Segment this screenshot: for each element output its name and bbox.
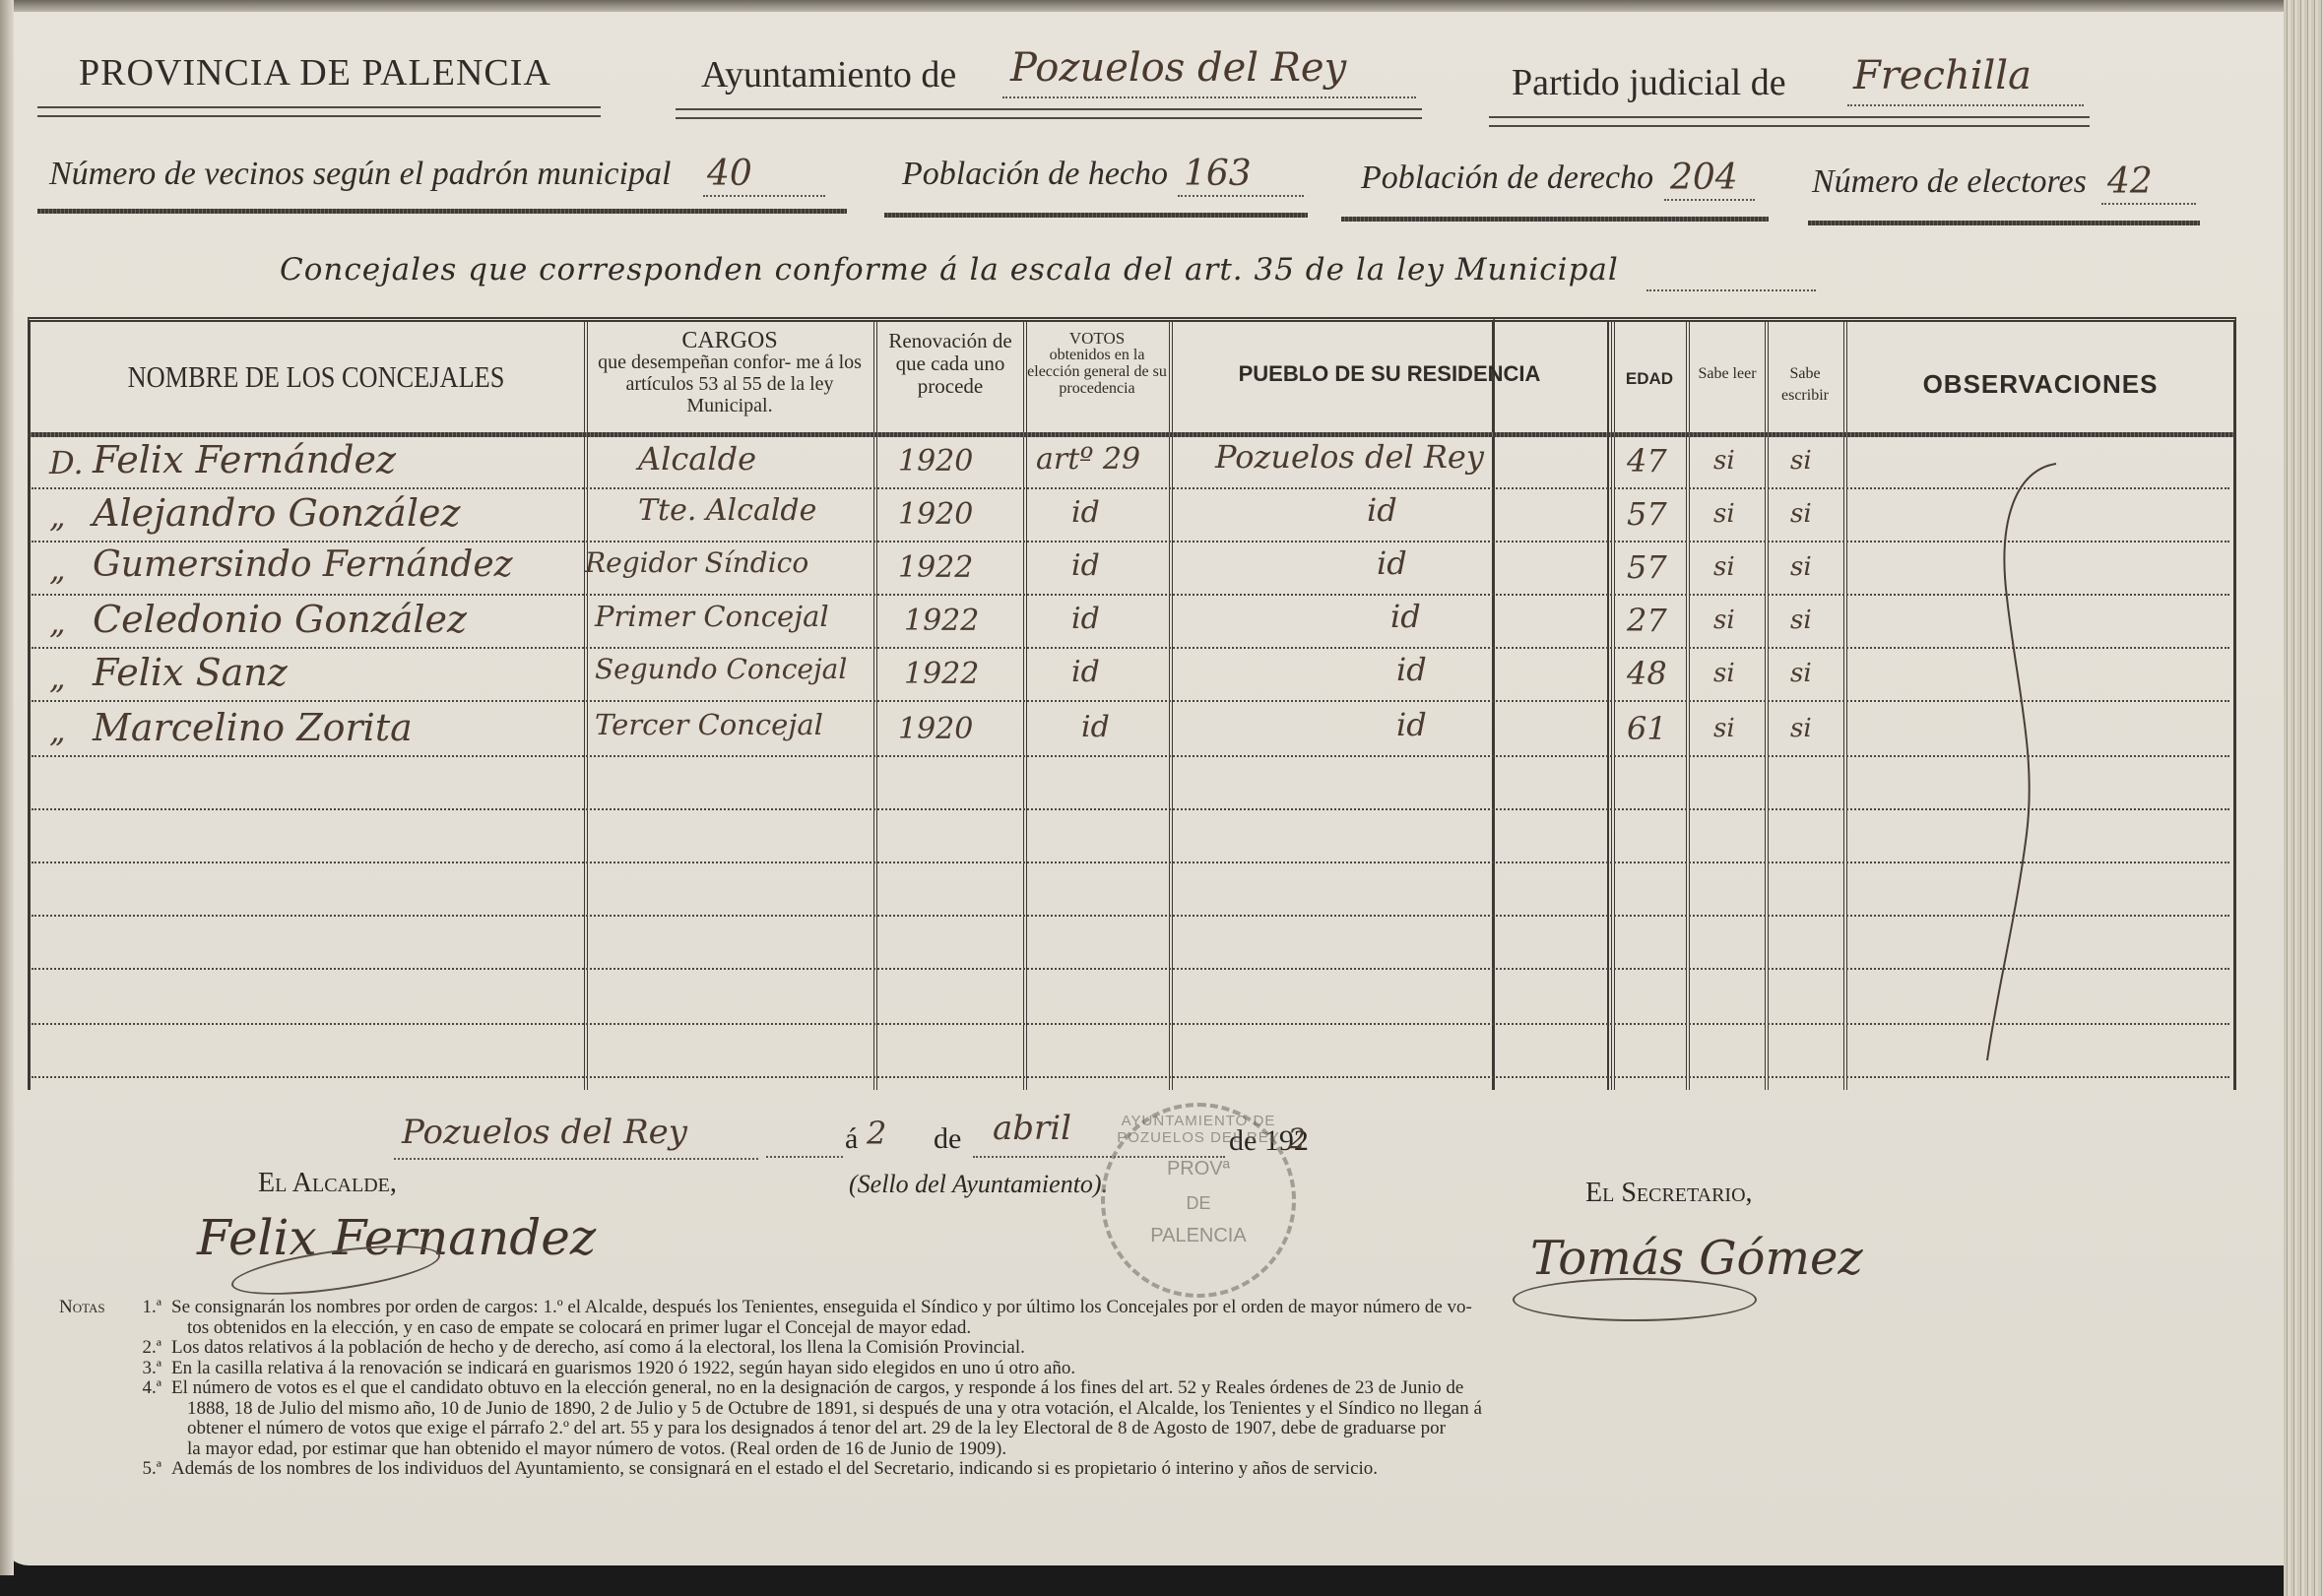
row-nombre: Alejandro González <box>93 491 461 535</box>
row-renovacion: 1922 <box>904 657 979 691</box>
header-rule <box>28 432 2233 437</box>
row-prefix: „ <box>49 550 66 588</box>
notes-label: Notas <box>59 1298 118 1318</box>
row-renovacion: 1920 <box>898 712 973 746</box>
table-frame: EDAD Sabe leer Sabe escribir OBSERVACION… <box>28 317 2236 1090</box>
column-divider <box>1686 322 1690 1090</box>
row-pueblo: id <box>1390 598 1421 635</box>
note-item: Notas 1.ª Se consignarán los nombres por… <box>59 1298 1497 1318</box>
row-prefix: D. <box>49 444 84 481</box>
stamp-ring-text: AYUNTAMIENTO DE POZUELOS DEL REY <box>1105 1113 1292 1146</box>
header-escribir: Sabe escribir <box>1769 363 1841 407</box>
sello-label: (Sello del Ayuntamiento). <box>849 1170 1108 1199</box>
note-text: la mayor edad, por estimar que han obten… <box>59 1439 1497 1460</box>
row-cargo: Alcalde <box>638 440 756 478</box>
note-text: Se consignarán los nombres por orden de … <box>171 1298 1497 1318</box>
stamp-text: PALENCIA <box>1105 1225 1292 1247</box>
electores-field: 42 <box>2101 175 2196 205</box>
secretario-signature: Tomás Gómez <box>1530 1231 1863 1286</box>
row-prefix: „ <box>49 659 66 696</box>
divider <box>1341 217 1769 222</box>
note-text: Además de los nombres de los individuos … <box>171 1459 1497 1480</box>
header-edad: EDAD <box>1615 369 1684 389</box>
divider <box>1808 221 2200 225</box>
column-divider <box>1765 322 1769 1090</box>
partido-field: Frechilla <box>1847 69 2084 106</box>
row-leer: si <box>1713 714 1735 743</box>
note-text: Los datos relativos á la población de he… <box>171 1338 1497 1359</box>
row-line <box>32 808 2229 810</box>
filler-dots <box>766 1146 843 1158</box>
row-renovacion: 1922 <box>904 604 979 638</box>
hecho-field: 163 <box>1178 167 1304 197</box>
row-nombre: Felix Sanz <box>93 651 288 694</box>
header-observaciones: OBSERVACIONES <box>1849 369 2231 400</box>
header-leer: Sabe leer <box>1692 363 1763 385</box>
row-votos: id <box>1081 710 1110 744</box>
row-edad: 27 <box>1627 602 1667 639</box>
note-item: 3.ª En la casilla relativa á la renovaci… <box>59 1359 1497 1379</box>
document-page: PROVINCIA DE PALENCIA Ayuntamiento de Po… <box>0 0 2285 1565</box>
row-escribir: si <box>1790 446 1812 476</box>
note-number: 2.ª <box>118 1338 171 1359</box>
row-pueblo: id <box>1377 544 1407 582</box>
note-number: 3.ª <box>118 1359 171 1379</box>
page-left-edge <box>0 0 14 1575</box>
vecinos-value: 40 <box>707 154 752 194</box>
row-escribir: si <box>1790 499 1812 529</box>
note-text: 1888, 18 de Julio del mismo año, 10 de J… <box>59 1399 1497 1420</box>
place-field: Pozuelos del Rey <box>394 1120 758 1160</box>
vecinos-label: Número de vecinos según el padrón munici… <box>49 156 671 193</box>
row-line <box>32 594 2229 596</box>
ayuntamiento-field: Pozuelos del Rey <box>1002 59 1416 98</box>
row-escribir: si <box>1790 659 1812 688</box>
row-nombre: Gumersindo Fernández <box>93 544 513 585</box>
row-prefix: „ <box>49 497 66 535</box>
row-renovacion: 1920 <box>898 497 973 532</box>
place-value: Pozuelos del Rey <box>402 1113 687 1152</box>
row-line <box>32 862 2229 863</box>
secretario-label: El Secretario, <box>1585 1178 1753 1209</box>
row-cargo: Tercer Concejal <box>595 708 823 741</box>
note-text: tos obtenidos en la elección, y en caso … <box>59 1318 1497 1339</box>
derecho-value: 204 <box>1670 158 1738 198</box>
derecho-label: Población de derecho <box>1361 160 1653 197</box>
row-edad: 61 <box>1627 710 1667 747</box>
row-cargo: Segundo Concejal <box>595 653 847 685</box>
observaciones-brace-stroke <box>1977 460 2096 1070</box>
row-votos: id <box>1071 495 1100 530</box>
column-divider <box>1611 322 1615 1090</box>
row-escribir: si <box>1790 714 1812 743</box>
province-title: PROVINCIA DE PALENCIA <box>79 51 551 95</box>
row-votos: id <box>1071 602 1100 636</box>
row-votos: id <box>1071 655 1100 689</box>
column-divider <box>1843 322 1847 1090</box>
divider <box>884 213 1308 218</box>
row-line <box>32 1023 2229 1025</box>
ayuntamiento-label: Ayuntamiento de <box>701 53 956 96</box>
divider <box>676 108 1422 119</box>
row-edad: 48 <box>1627 655 1667 692</box>
a-label: á <box>845 1122 858 1156</box>
note-text: El número de votos es el que el candidat… <box>171 1378 1497 1399</box>
electores-value: 42 <box>2107 161 2153 202</box>
concejales-field <box>1646 287 1816 291</box>
page-top-edge <box>0 0 2323 12</box>
signature-flourish <box>1513 1278 1757 1321</box>
stamp-text: DE <box>1105 1193 1292 1214</box>
row-line <box>32 647 2229 649</box>
column-divider <box>1607 322 1609 1090</box>
row-pueblo: Pozuelos del Rey <box>1215 438 1484 476</box>
row-cargo: Regidor Síndico <box>585 546 808 579</box>
row-line <box>32 700 2229 702</box>
row-nombre: Marcelino Zorita <box>93 706 413 749</box>
note-number: 5.ª <box>118 1459 171 1480</box>
concejales-line: Concejales que corresponden conforme á l… <box>280 252 1619 287</box>
row-leer: si <box>1713 446 1735 476</box>
note-item: 5.ª Además de los nombres de los individ… <box>59 1459 1497 1480</box>
note-text: obtener el número de votos que exige el … <box>59 1419 1497 1439</box>
row-line <box>32 915 2229 917</box>
row-pueblo: id <box>1396 706 1427 743</box>
row-prefix: „ <box>49 712 66 749</box>
note-number: 4.ª <box>118 1378 171 1399</box>
row-cargo: Tte. Alcalde <box>638 493 816 528</box>
row-leer: si <box>1713 606 1735 635</box>
ayuntamiento-value: Pozuelos del Rey <box>1010 45 1346 91</box>
ayuntamiento-stamp: AYUNTAMIENTO DE POZUELOS DEL REY PROVª D… <box>1101 1103 1296 1298</box>
hecho-value: 163 <box>1184 154 1252 194</box>
partido-label: Partido judicial de <box>1512 61 1786 104</box>
row-line <box>32 1076 2229 1078</box>
hecho-label: Población de hecho <box>902 156 1168 193</box>
row-leer: si <box>1713 552 1735 582</box>
note-item: 4.ª El número de votos es el que el cand… <box>59 1378 1497 1399</box>
note-text: En la casilla relativa á la renovación s… <box>171 1359 1497 1379</box>
alcalde-label: El Alcalde, <box>258 1168 397 1199</box>
row-leer: si <box>1713 499 1735 529</box>
row-escribir: si <box>1790 552 1812 582</box>
row-edad: 47 <box>1627 442 1667 479</box>
row-line <box>32 487 2229 489</box>
row-renovacion: 1922 <box>898 550 973 585</box>
month-value: abril <box>993 1109 1071 1148</box>
note-number: 1.ª <box>118 1298 171 1318</box>
row-cargo: Primer Concejal <box>595 600 829 633</box>
partido-value: Frechilla <box>1853 53 2032 98</box>
divider <box>1489 116 2090 127</box>
note-item: 2.ª Los datos relativos á la población d… <box>59 1338 1497 1359</box>
row-edad: 57 <box>1627 495 1667 533</box>
divider <box>37 209 847 214</box>
row-line <box>32 968 2229 970</box>
row-nombre: Celedonio González <box>93 598 467 641</box>
day-value: 2 <box>867 1115 886 1152</box>
notes-section: Notas 1.ª Se consignarán los nombres por… <box>59 1298 1497 1480</box>
divider <box>37 106 601 117</box>
derecho-field: 204 <box>1664 171 1755 201</box>
vecinos-field: 40 <box>703 167 825 197</box>
row-line <box>32 541 2229 543</box>
row-leer: si <box>1713 659 1735 688</box>
row-votos: artº 29 <box>1036 442 1140 477</box>
stamp-text: PROVª <box>1105 1158 1292 1181</box>
row-line <box>32 755 2229 757</box>
row-edad: 57 <box>1627 548 1667 586</box>
row-pueblo: id <box>1367 491 1397 529</box>
row-prefix: „ <box>49 604 66 641</box>
row-votos: id <box>1071 548 1100 583</box>
de-label: de <box>934 1122 961 1156</box>
book-page-edges <box>2284 0 2323 1596</box>
row-nombre: Felix Fernández <box>93 438 396 481</box>
row-pueblo: id <box>1396 651 1427 688</box>
electores-label: Número de electores <box>1812 163 2087 201</box>
row-escribir: si <box>1790 606 1812 635</box>
row-renovacion: 1920 <box>898 444 973 479</box>
